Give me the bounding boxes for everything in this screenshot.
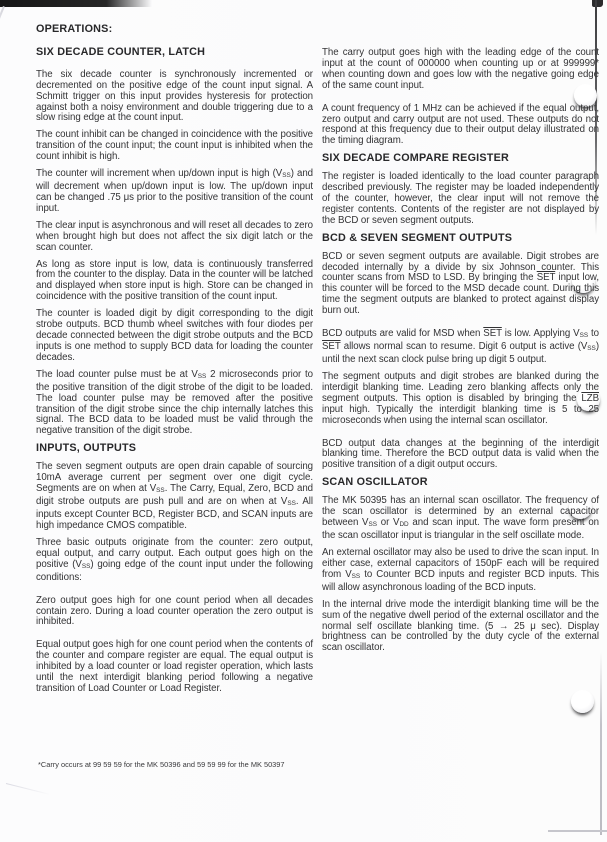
paragraph-digit-strobes: BCD or seven segment outputs are availab… <box>322 252 599 317</box>
paragraph-load-counter-pulse: The load counter pulse must be at VSS 2 … <box>36 370 313 438</box>
paragraph-counter-increment: The six decade counter is synchronously … <box>36 70 313 125</box>
scanned-datasheet-page: OPERATIONS: SIX DECADE COUNTER, LATCH Th… <box>0 0 607 842</box>
paragraph-zero-output: Zero output goes high for one count peri… <box>36 596 313 629</box>
paragraph-clear-input: The clear input is asynchronous and will… <box>36 221 313 254</box>
paragraph-internal-scan-oscillator: The MK 50395 has an internal scan oscill… <box>322 496 599 542</box>
paragraph-interdigit-blanking: The segment outputs and digit strobes ar… <box>322 372 599 427</box>
paragraph-internal-drive-mode: In the internal drive mode the interdigi… <box>322 600 599 655</box>
paper-crease-bottom-left <box>6 783 51 795</box>
right-column: The carry output goes high with the lead… <box>322 48 599 660</box>
paragraph-equal-output: Equal output goes high for one count per… <box>36 640 313 695</box>
scan-edge-artifact-top-left <box>0 0 152 7</box>
heading-six-decade-compare-register: SIX DECADE COMPARE REGISTER <box>322 153 599 164</box>
paragraph-bcd-output-data-changes: BCD output data changes at the beginning… <box>322 439 599 472</box>
operations-title: OPERATIONS: <box>36 24 313 35</box>
carry-footnote: *Carry occurs at 99 59 59 for the MK 503… <box>38 760 285 769</box>
paragraph-bcd-outputs-valid: BCD outputs are valid for MSD when SET i… <box>322 329 599 366</box>
scan-mark-top-right <box>592 0 603 7</box>
heading-inputs-outputs: INPUTS, OUTPUTS <box>36 443 313 454</box>
paper-dimple-artifact <box>571 690 594 713</box>
page-edge-shadow-right-bottom <box>600 652 602 835</box>
heading-bcd-seven-segment-outputs: BCD & SEVEN SEGMENT OUTPUTS <box>322 233 599 244</box>
paper-crease-top-left <box>0 6 5 61</box>
paragraph-external-oscillator: An external oscillator may also be used … <box>322 548 599 594</box>
paragraph-digit-loading: The counter is loaded digit by digit cor… <box>36 309 313 364</box>
paragraph-store-input: As long as store input is low, data is c… <box>36 260 313 304</box>
paragraph-count-inhibit: The count inhibit can be changed in coin… <box>36 130 313 163</box>
heading-six-decade-counter-latch: SIX DECADE COUNTER, LATCH <box>36 47 313 58</box>
paragraph-three-basic-outputs: Three basic outputs originate from the c… <box>36 538 313 584</box>
paragraph-compare-register: The register is loaded identically to th… <box>322 172 599 227</box>
paragraph-carry-output: The carry output goes high with the lead… <box>322 48 599 92</box>
page-edge-shadow-bottom <box>548 830 607 832</box>
paragraph-seven-segment-outputs: The seven segment outputs are open drain… <box>36 462 313 532</box>
heading-scan-oscillator: SCAN OSCILLATOR <box>322 477 599 488</box>
paragraph-count-frequency: A count frequency of 1 MHz can be achiev… <box>322 104 599 148</box>
paragraph-up-down-input: The counter will increment when up/down … <box>36 169 313 215</box>
left-column: OPERATIONS: SIX DECADE COUNTER, LATCH Th… <box>36 24 313 701</box>
